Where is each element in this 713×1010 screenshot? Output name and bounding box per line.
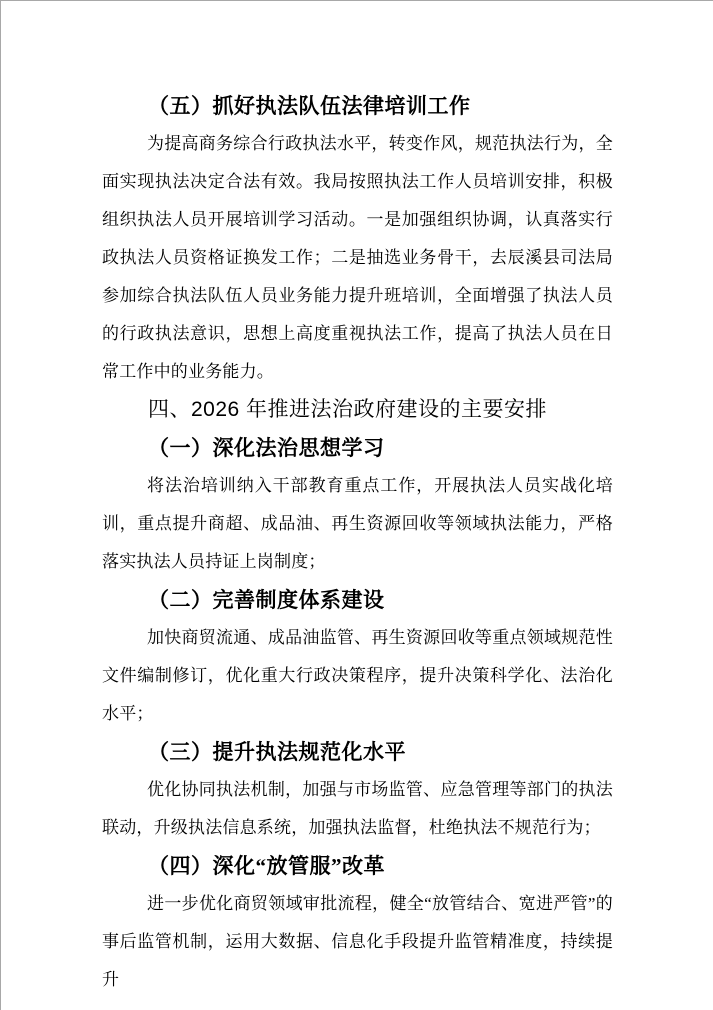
section-heading: （二）完善制度体系建设: [102, 581, 613, 619]
section-heading: （五）抓好执法队伍法律培训工作: [102, 87, 613, 125]
document-page: （五）抓好执法队伍法律培训工作为提高商务综合行政执法水平，转变作风，规范执法行为…: [0, 0, 713, 1010]
section-heading: （三）提升执法规范化水平: [102, 733, 613, 771]
body-paragraph: 为提高商务综合行政执法水平，转变作风，规范执法行为，全面实现执法决定合法有效。我…: [102, 125, 613, 391]
section-heading: （四）深化“放管服”改革: [102, 847, 613, 885]
document-body: （五）抓好执法队伍法律培训工作为提高商务综合行政执法水平，转变作风，规范执法行为…: [102, 87, 613, 999]
body-paragraph: 将法治培训纳入干部教育重点工作，开展执法人员实战化培训，重点提升商超、成品油、再…: [102, 467, 613, 581]
body-paragraph: 加快商贸流通、成品油监管、再生资源回收等重点领域规范性文件编制修订，优化重大行政…: [102, 619, 613, 733]
section-heading: 四、2026 年推进法治政府建设的主要安排: [102, 391, 613, 429]
section-heading: （一）深化法治思想学习: [102, 429, 613, 467]
body-paragraph: 进一步优化商贸领域审批流程，健全“放管结合、宽进严管”的事后监管机制，运用大数据…: [102, 885, 613, 999]
body-paragraph: 优化协同执法机制，加强与市场监管、应急管理等部门的执法联动，升级执法信息系统，加…: [102, 771, 613, 847]
